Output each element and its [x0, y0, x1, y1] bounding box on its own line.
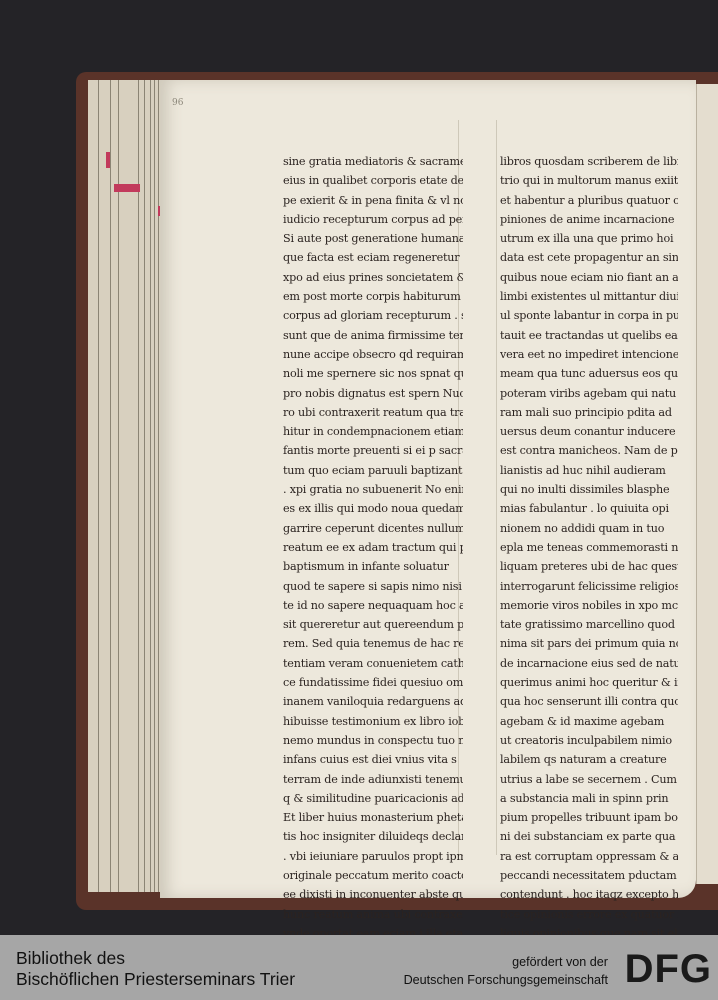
text-line: pe exierit & in pena finita & vl no: [283, 191, 463, 210]
text-line: iudicio recepturum corpus ad pena: [283, 210, 463, 229]
text-line: hibuisse testimonium ex libro iob: [283, 712, 463, 731]
page-marker-tab: [106, 152, 110, 168]
text-line: de incarnacione eius sed de natura: [500, 654, 678, 673]
funding-line1: gefördert von der: [512, 955, 608, 969]
text-line: es ex illis qui modo noua quedam: [283, 499, 463, 518]
text-line: sunt que de anima firmissime teneo: [283, 326, 463, 345]
text-line: nima sit pars dei primum quia no: [500, 634, 678, 653]
text-line: est contra manicheos. Nam de pel: [500, 441, 678, 460]
text-line: ut creatoris inculpabilem nimio: [500, 731, 678, 750]
text-line: poteram viribs agebam qui natu: [500, 384, 678, 403]
text-line: ra est corruptam oppressam & ad: [500, 847, 678, 866]
text-line: epla me teneas commemorasti ne a: [500, 538, 678, 557]
text-line: querimus animi hoc queritur & inde: [500, 673, 678, 692]
text-line: inanem vaniloquia redarguens ad: [283, 692, 463, 711]
dfg-logo: DFG: [625, 949, 712, 989]
text-line: data est cete propagentur an singulis: [500, 248, 678, 267]
folio-number: 96: [172, 98, 183, 108]
manuscript-scan: 96 sine gratia mediatoris & sacramentaei…: [0, 0, 718, 935]
text-line: vera eet no impediret intencionem: [500, 345, 678, 364]
text-line: eius in qualibet corporis etate de co: [283, 171, 463, 190]
text-line: mias fabulantur . lo quiuita opi: [500, 499, 678, 518]
library-name-line2: Bischöflichen Priesterseminars Trier: [16, 969, 295, 990]
text-column-left: sine gratia mediatoris & sacramentaeius …: [283, 152, 463, 935]
text-line: tentiam veram conuenietem catholi: [283, 654, 463, 673]
page-edges: [88, 80, 168, 892]
text-line: trio qui in multorum manus exiit: [500, 171, 678, 190]
text-line: piniones de anime incarnacione .: [500, 210, 678, 229]
text-line: q & similitudine puaricacionis ade: [283, 789, 463, 808]
text-line: labilem qs naturam a creature: [500, 750, 678, 769]
text-line: infans cuius est diei vnius vita s: [283, 750, 463, 769]
text-line: rem. Sed quia tenemus de hac re se: [283, 634, 463, 653]
text-line: contendunt . hoc itaqz excepto he: [500, 885, 678, 904]
next-page-edge: [696, 84, 718, 884]
text-line: a substancia mali in spinn prin: [500, 789, 678, 808]
text-line: hitur in condempnacionem etiam in: [283, 422, 463, 441]
text-line: memorie viros nobiles in xpo mcr: [500, 596, 678, 615]
footer-banner: Bibliothek des Bischöflichen Priestersem…: [0, 935, 718, 1000]
text-line: utrius a labe se secernem . Cum illi: [500, 770, 678, 789]
text-line: pro nobis dignatus est spern Nuc: [283, 384, 463, 403]
text-line: liquis opinionibus que nam sit eli: [500, 924, 678, 935]
text-line: tis hoc insigniter diluideqs declarat: [283, 827, 463, 846]
text-line: pium propelles tribuunt ipam bo: [500, 808, 678, 827]
text-line: peccandi necessitatem pductam ee: [500, 866, 678, 885]
text-line: tum quo eciam paruuli baptizant: [283, 461, 463, 480]
text-line: tauit ee tractandas ut quelibs eaum: [500, 326, 678, 345]
text-line: libros quosdam scriberem de libro arbi: [500, 152, 678, 171]
text-line: te id no sapere nequaquam hoc ab: [283, 596, 463, 615]
text-line: ram mali suo principio pdita ad: [500, 403, 678, 422]
text-line: liquam preteres ubi de hac questione: [500, 557, 678, 576]
funding-line2: Deutschen Forschungsgemeinschaft: [404, 973, 608, 987]
text-line: qua hoc senserunt illi contra quos: [500, 692, 678, 711]
text-line: qui no inulti dissimiles blasphe: [500, 480, 678, 499]
text-line: ul sponte labantur in corpa in pu: [500, 306, 678, 325]
text-line: utrum ex illa una que primo hoi: [500, 229, 678, 248]
text-line: ro ubi contraxerit reatum qua tra: [283, 403, 463, 422]
text-line: em post morte corpis habiturum &: [283, 287, 463, 306]
text-line: . xpi gratia no subuenerit No enim: [283, 480, 463, 499]
text-line: ce fundatissime fidei quesiuo omni: [283, 673, 463, 692]
text-line: tate gratissimo marcellino quod a: [500, 615, 678, 634]
text-line: . vbi ieiuniare paruulos propt ipm: [283, 847, 463, 866]
text-line: quibus noue eciam nio fiant an a: [500, 268, 678, 287]
text-line: lianistis ad huc nihil audieram: [500, 461, 678, 480]
text-line: agebam & id maxime agebam: [500, 712, 678, 731]
text-line: vnde oportat eam eciam i illa etate: [283, 924, 463, 935]
text-line: terram de inde adiunxisti tenemur: [283, 770, 463, 789]
text-line: meam qua tunc aduersus eos quibus: [500, 364, 678, 383]
text-line: ni dei substanciam ex parte qua sup: [500, 827, 678, 846]
text-line: interrogarunt felicissime religiose: [500, 577, 678, 596]
text-line: sine gratia mediatoris & sacramenta: [283, 152, 463, 171]
text-column-right: libros quosdam scriberem de libro arbitr…: [500, 152, 678, 935]
text-line: corpus ad gloriam recepturum . sh: [283, 306, 463, 325]
text-line: sit quereretur aut quereendum pun: [283, 615, 463, 634]
text-line: uersus deum conantur inducere id: [500, 422, 678, 441]
text-line: et habentur a pluribus quatuor o: [500, 191, 678, 210]
library-name-line1: Bibliothek des: [16, 948, 125, 969]
text-line: baptismum in infante soluatur: [283, 557, 463, 576]
text-line: ee dixisti in inconuenter abste quero: [283, 885, 463, 904]
text-line: reatum ee ex adam tractum qui per: [283, 538, 463, 557]
text-line: nune accipe obsecro qd requiram &: [283, 345, 463, 364]
text-line: xpo ad eius prines soncietatem & req: [283, 268, 463, 287]
text-line: nemo mundus in conspectu tuo n: [283, 731, 463, 750]
text-line: originale peccatum merito coactos: [283, 866, 463, 885]
text-line: fantis morte preuenti si ei p sacram: [283, 441, 463, 460]
text-line: que facta est eciam regeneretur i: [283, 248, 463, 267]
text-line: noli me spernere sic nos spnat qui: [283, 364, 463, 383]
text-line: Et liber huius monasterium phetarum sa: [283, 808, 463, 827]
text-line: garrire ceperunt dicentes nullum: [283, 519, 463, 538]
page-marker-tab: [114, 184, 140, 192]
text-line: hunc reatum anima ubi contraxerit: [283, 905, 463, 924]
text-line: limbi existentes ul mittantur diuint: [500, 287, 678, 306]
text-line: Si aute post generatione humana: [283, 229, 463, 248]
text-line: tice opinionis errore ex quatuor re: [500, 905, 678, 924]
text-line: nionem no addidi quam in tuo: [500, 519, 678, 538]
text-line: quod te sapere si sapis nimo nisi: [283, 577, 463, 596]
